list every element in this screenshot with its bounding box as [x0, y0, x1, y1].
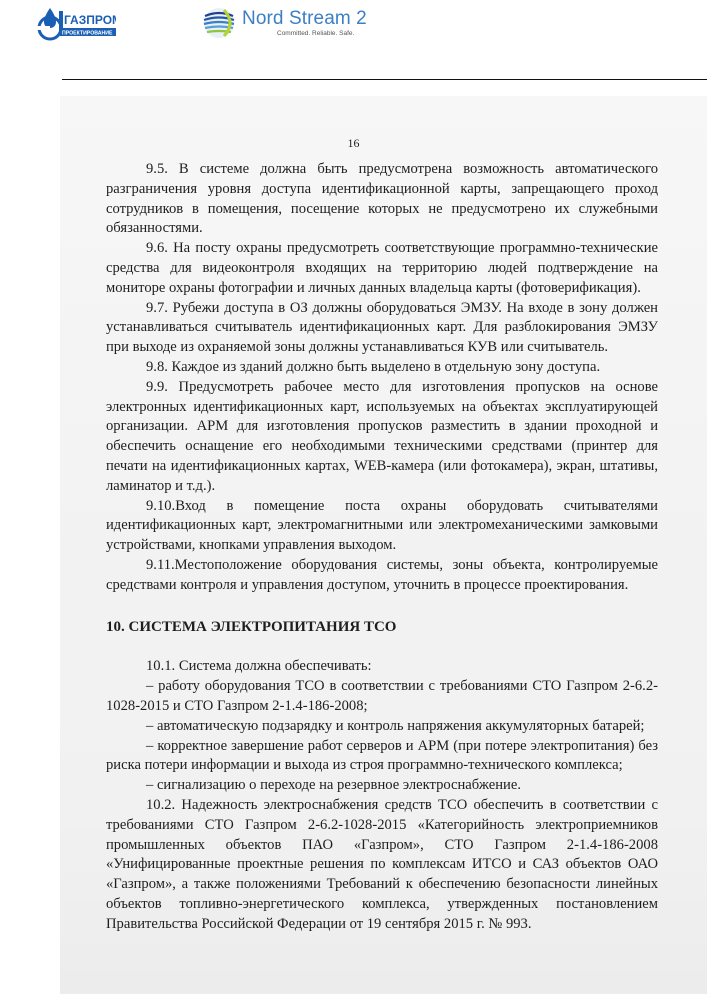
paragraph-9-9: 9.9. Предусмотреть рабочее место для изг… [106, 378, 658, 497]
paragraph-9-11: 9.11.Местоположение оборудования системы… [106, 556, 658, 596]
page-number: 16 [0, 136, 707, 151]
list-item-batteries: – автоматическую подзарядку и контроль н… [106, 717, 658, 737]
nord-stream-globe-icon [202, 6, 240, 40]
gazprom-flame-icon: ГАЗПРОМ ПРОЕКТИРОВАНИЕ [36, 6, 116, 42]
paragraph-9-7: 9.7. Рубежи доступа в ОЗ должны оборудов… [106, 299, 658, 358]
svg-text:ГАЗПРОМ: ГАЗПРОМ [64, 13, 116, 27]
svg-text:ПРОЕКТИРОВАНИЕ: ПРОЕКТИРОВАНИЕ [62, 31, 113, 37]
paragraph-10-2: 10.2. Надежность электроснабжения средст… [106, 796, 658, 935]
nord-stream-logo: Nord Stream 2 Committed. Reliable. Safe. [202, 6, 352, 42]
header-divider [62, 79, 707, 80]
paragraph-9-6: 9.6. На посту охраны предусмотреть соотв… [106, 239, 658, 298]
list-item-signaling: – сигнализацию о переходе на резервное э… [106, 776, 658, 796]
nord-stream-title: Nord Stream 2 [242, 8, 367, 30]
list-item-equipment: – работу оборудования ТСО в соответствии… [106, 677, 658, 717]
paragraph-10-1: 10.1. Система должна обеспечивать: [106, 657, 658, 677]
list-item-shutdown: – корректное завершение работ серверов и… [106, 737, 658, 777]
document-header: ГАЗПРОМ ПРОЕКТИРОВАНИЕ Nord Stream 2 Com… [0, 0, 707, 82]
gazprom-logo: ГАЗПРОМ ПРОЕКТИРОВАНИЕ [36, 6, 116, 42]
paragraph-9-5: 9.5. В системе должна быть предусмотрена… [106, 160, 658, 239]
document-body: 9.5. В системе должна быть предусмотрена… [106, 160, 658, 934]
nord-stream-tagline: Committed. Reliable. Safe. [277, 30, 354, 37]
paragraph-9-8: 9.8. Каждое из зданий должно быть выделе… [106, 358, 658, 378]
section-heading-10: 10. СИСТЕМА ЭЛЕКТРОПИТАНИЯ ТСО [106, 618, 658, 638]
paragraph-9-10: 9.10.Вход в помещение поста охраны обору… [106, 497, 658, 556]
